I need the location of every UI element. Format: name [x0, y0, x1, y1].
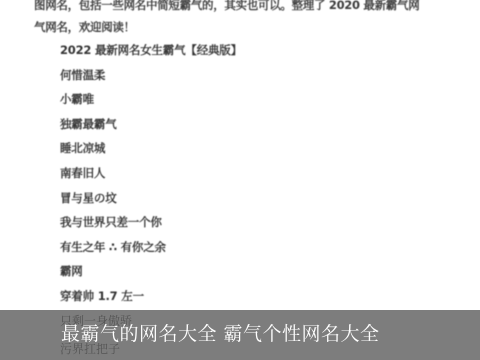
- article-page: 图网名，包括一些网名中简短霸气的，其实也可以。整理了 2020 最新霸气网 气网…: [0, 0, 480, 360]
- list-item: 小霸唯: [60, 89, 242, 114]
- intro-line-1: 图网名，包括一些网名中简短霸气的，其实也可以。整理了 2020 最新霸气网: [34, 0, 454, 16]
- list-item: 冒与星の坟: [60, 188, 242, 213]
- intro-line-2: 气网名，欢迎阅读！: [34, 16, 454, 38]
- list-item: 我与世界只差一个你: [60, 212, 242, 237]
- list-item-heading: 2022 最新网名女生霸气【经典版】: [60, 40, 242, 65]
- list-item: 穿着帅 1.7 左一: [60, 286, 242, 311]
- list-item: 何惜温柔: [60, 65, 242, 90]
- intro-paragraph: 图网名，包括一些网名中简短霸气的，其实也可以。整理了 2020 最新霸气网 气网…: [34, 0, 454, 38]
- list-item: 睡北凉城: [60, 138, 242, 163]
- caption-title: 最霸气的网名大全 霸气个性网名大全: [61, 322, 380, 346]
- list-item: 独霸最霸气: [60, 114, 242, 139]
- net-name-list: 2022 最新网名女生霸气【经典版】 何惜温柔 小霸唯 独霸最霸气 睡北凉城 南…: [60, 40, 242, 311]
- list-item: 有生之年 ∴ 有你之余: [60, 237, 242, 262]
- list-item: 南春旧人: [60, 163, 242, 188]
- list-item: 霸网: [60, 261, 242, 286]
